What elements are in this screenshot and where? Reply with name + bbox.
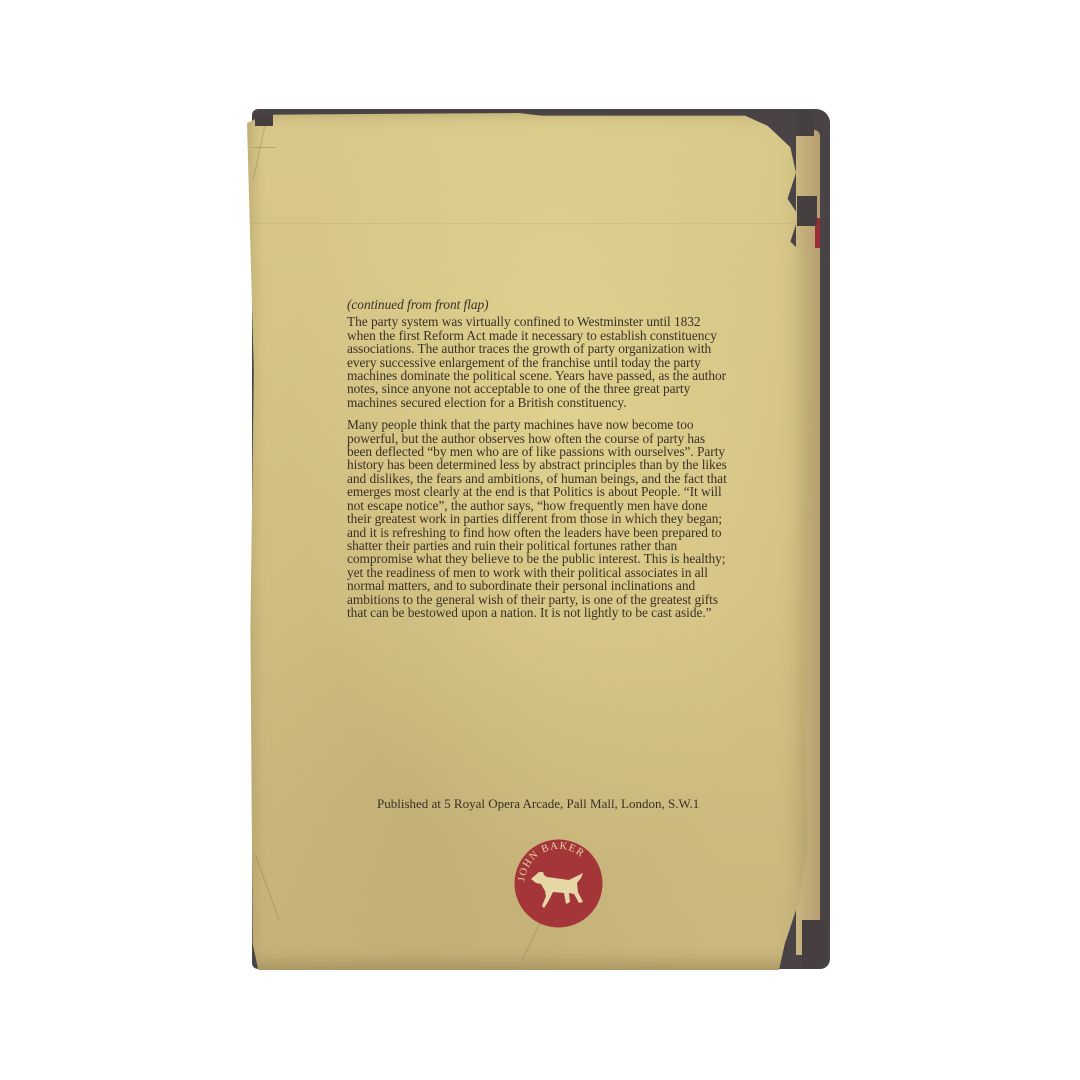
back-cover-blurb: (continued from front flap) The party sy… (347, 298, 767, 628)
tear-line (252, 147, 276, 148)
text-line: when the first Reform Act made it necess… (347, 329, 767, 342)
tear-line (253, 122, 266, 181)
text-line: compromise what they believe to be the p… (347, 552, 767, 565)
corner-wear (796, 110, 814, 136)
text-line: powerful, but the author observes how of… (347, 432, 767, 445)
text-line: shatter their parties and ruin their pol… (347, 539, 767, 552)
horse-icon: JOHN BAKER (511, 836, 606, 931)
text-line: not escape notice”, the author says, “ho… (347, 499, 767, 512)
text-line: their greatest work in parties different… (347, 512, 767, 525)
text-line: every successive enlargement of the fran… (347, 356, 767, 369)
text-line: and it is refreshing to find how often t… (347, 526, 767, 539)
text-line: that can be bestowed upon a nation. It i… (347, 606, 767, 619)
text-line: notes, since anyone not acceptable to on… (347, 382, 767, 395)
text-line: been deflected “by men who are of like p… (347, 445, 767, 458)
text-line: yet the readiness of men to work with th… (347, 566, 767, 579)
blurb-paragraph-1: The party system was virtually confined … (347, 315, 767, 409)
corner-wear (255, 114, 273, 126)
continued-note: (continued from front flap) (347, 298, 767, 311)
text-line: normal matters, and to subordinate their… (347, 579, 767, 592)
blurb-paragraph-2: Many people think that the party machine… (347, 418, 767, 619)
text-line: history has been determined less by abst… (347, 458, 767, 471)
text-line: machines dominate the political scene. Y… (347, 369, 767, 382)
text-line: associations. The author traces the grow… (347, 342, 767, 355)
text-line: The party system was virtually confined … (347, 315, 767, 328)
corner-wear (797, 196, 817, 226)
text-line: emerges most clearly at the end is that … (347, 485, 767, 498)
publisher-address: Published at 5 Royal Opera Arcade, Pall … (377, 796, 699, 812)
text-line: Many people think that the party machine… (347, 418, 767, 431)
corner-wear (802, 920, 828, 968)
text-line: ambitions to the general wish of their p… (347, 593, 767, 606)
text-line: and dislikes, the fears and ambitions, o… (347, 472, 767, 485)
publisher-logo: JOHN BAKER (511, 836, 606, 931)
tear-line (255, 855, 280, 921)
fold-line (247, 223, 813, 224)
text-line: machines secured election for a British … (347, 396, 767, 409)
